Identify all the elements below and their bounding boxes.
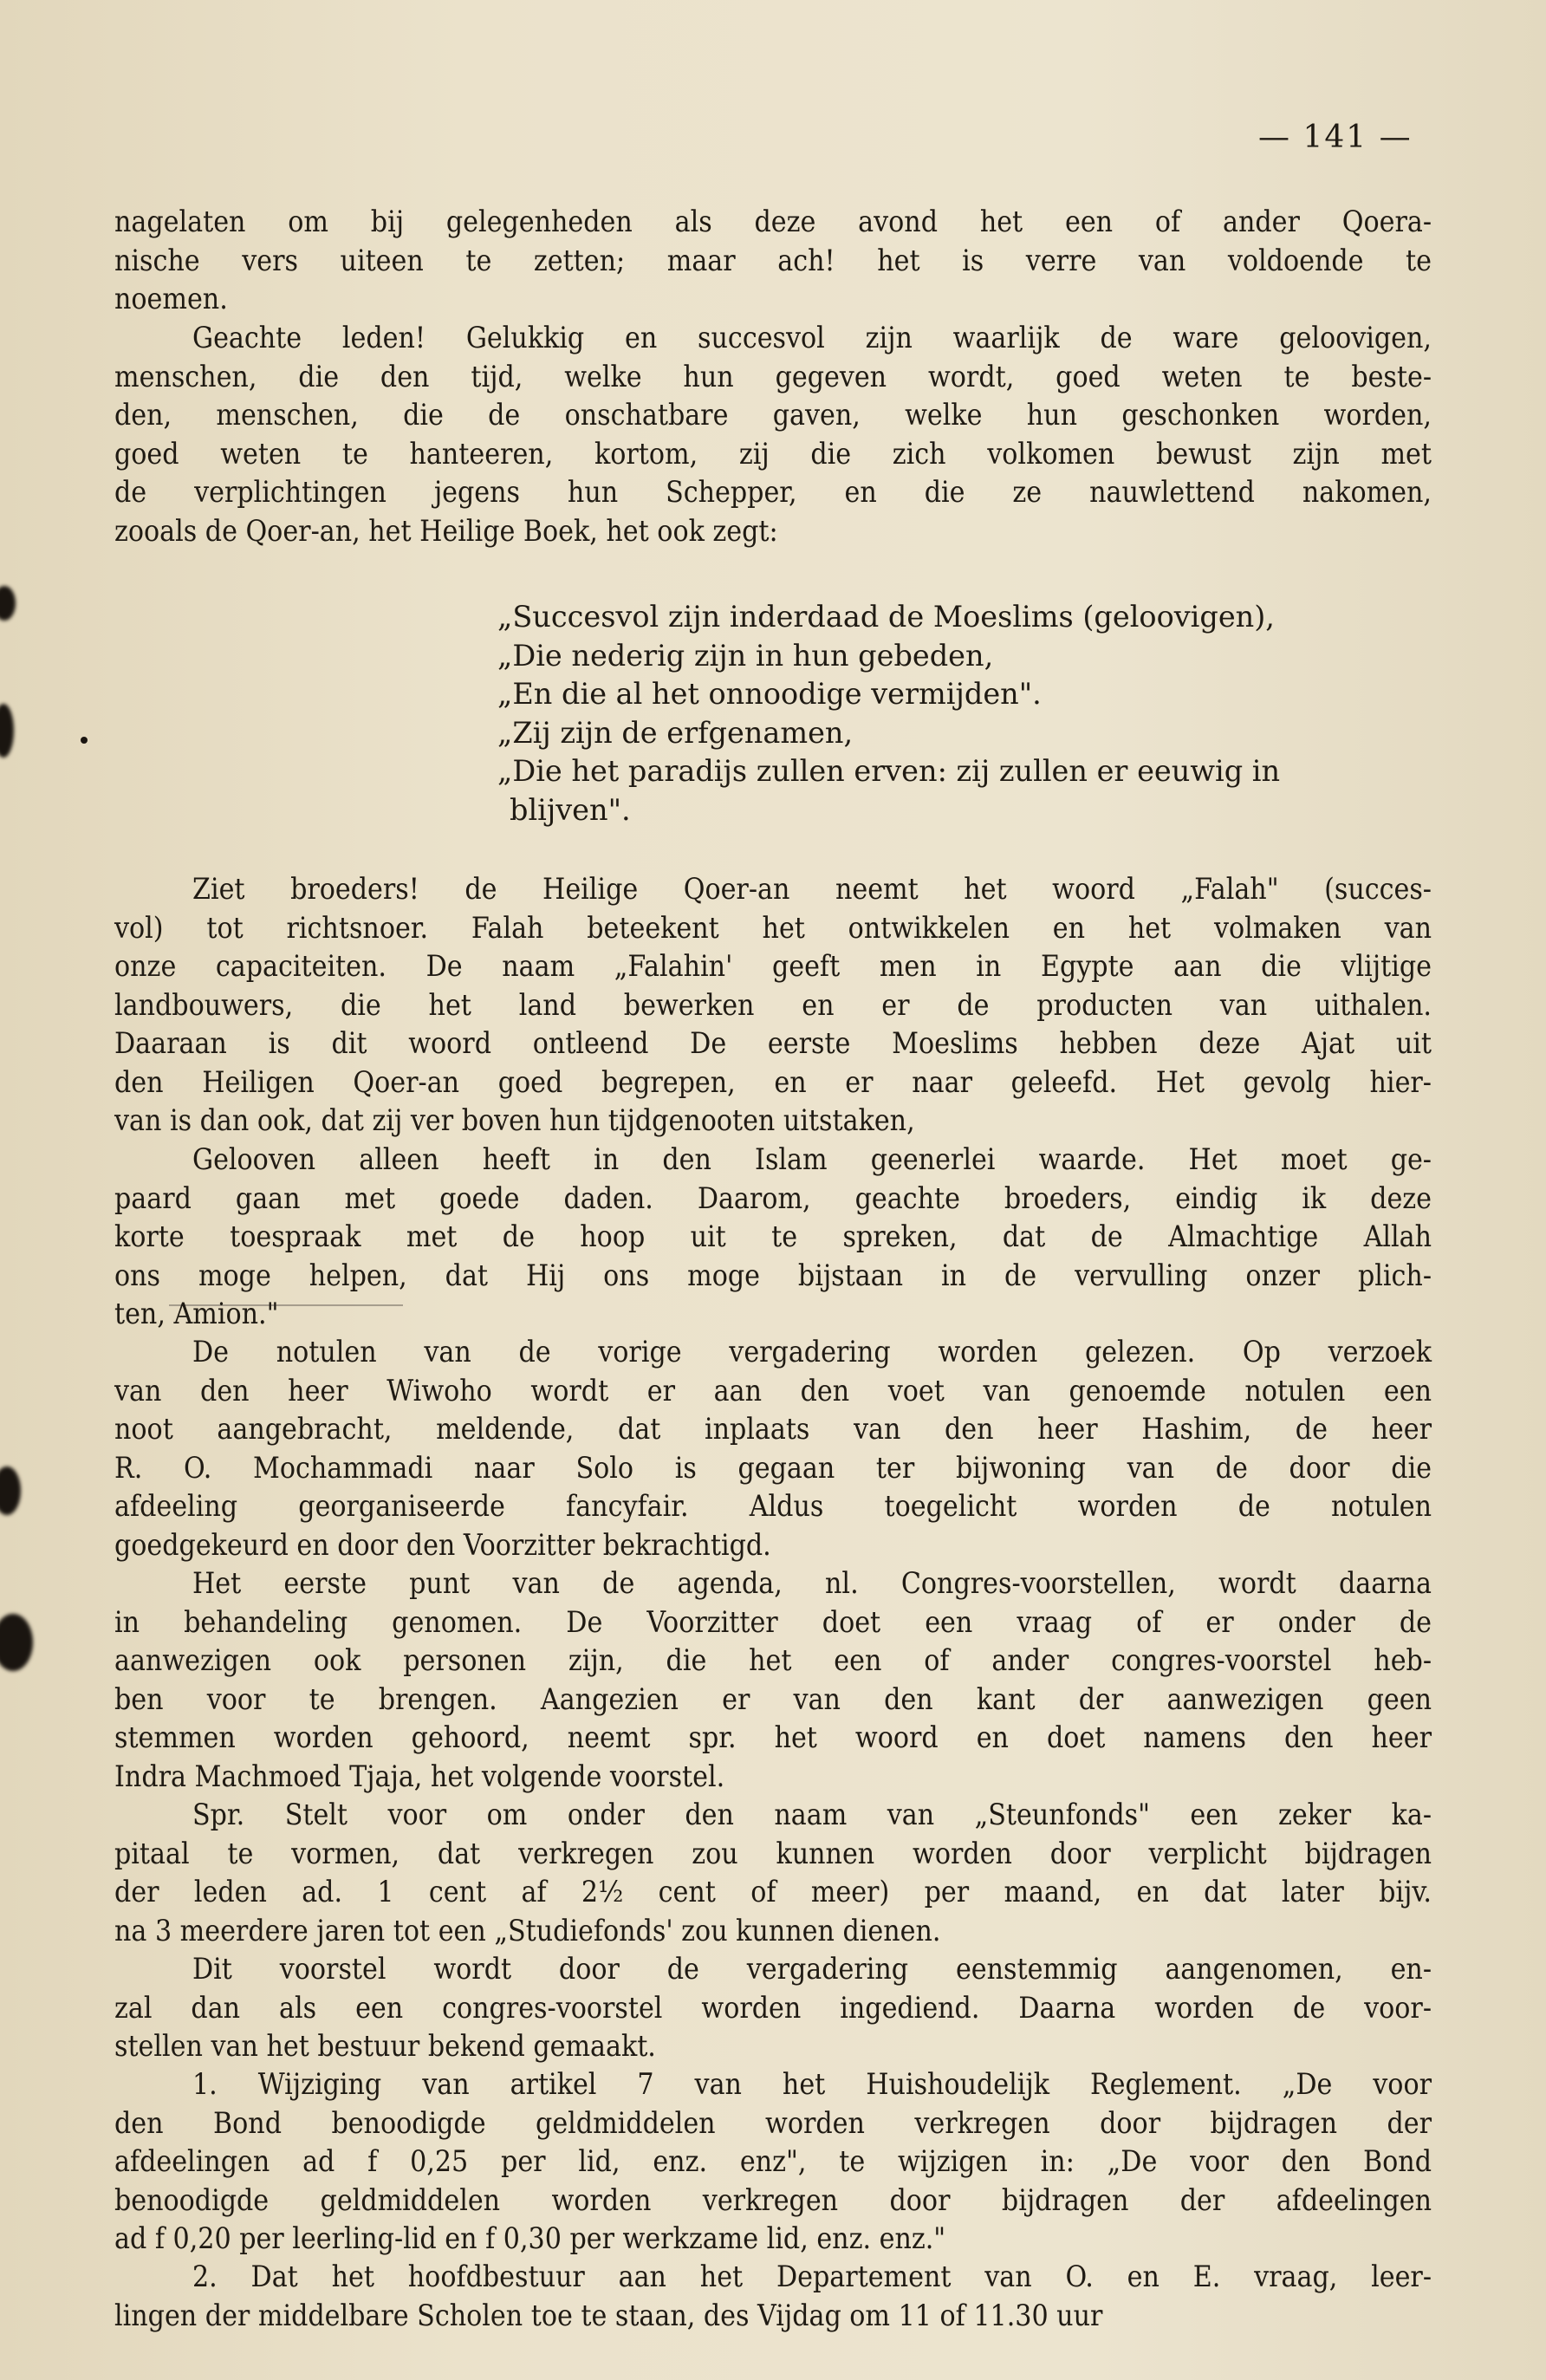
text-line: van is dan ook, dat zij ver boven hun ti…	[114, 1102, 1432, 1141]
text-line: 1. Wijziging van artikel 7 van het Huish…	[114, 2065, 1432, 2104]
paragraph: De notulen van de vorige vergadering wor…	[114, 1333, 1432, 1564]
text-line: den, menschen, die de onschatbare gaven,…	[114, 396, 1432, 435]
text-line: nische vers uiteen te zetten; maar ach! …	[114, 242, 1432, 281]
text-line: Gelooven alleen heeft in den Islam geene…	[114, 1141, 1432, 1180]
text-line: zooals de Qoer-an, het Heilige Boek, het…	[114, 512, 1432, 551]
text-line: ons moge helpen, dat Hij ons moge bijsta…	[114, 1257, 1432, 1296]
paragraph: Geachte leden! Gelukkig en succesvol zij…	[114, 319, 1432, 550]
text-line: Daaraan is dit woord ontleend De eerste …	[114, 1024, 1432, 1063]
text-line: menschen, die den tijd, welke hun gegeve…	[114, 358, 1432, 397]
verse-line: „Die het paradijs zullen erven: zij zull…	[497, 752, 1421, 791]
ink-dot	[81, 737, 88, 744]
text-line: aanwezigen ook personen zijn, die het ee…	[114, 1642, 1432, 1681]
margin-ink-blot	[0, 1614, 33, 1671]
text-line: Ziet broeders! de Heilige Qoer-an neemt …	[114, 870, 1432, 909]
verse-line: „Zij zijn de erfgenamen,	[497, 714, 1421, 753]
text-line: landbouwers, die het land bewerken en er…	[114, 986, 1432, 1025]
text-line: Geachte leden! Gelukkig en succesvol zij…	[114, 319, 1432, 358]
text-line: na 3 meerdere jaren tot een „Studiefonds…	[114, 1912, 1432, 1951]
verse-line: „Succesvol zijn inderdaad de Moeslims (g…	[497, 598, 1421, 637]
text-line: den Heiligen Qoer-an goed begrepen, en e…	[114, 1063, 1432, 1102]
verse-line: „Die nederig zijn in hun gebeden,	[497, 637, 1421, 676]
text-line: in behandeling genomen. De Voorzitter do…	[114, 1603, 1432, 1642]
text-line: 2. Dat het hoofdbestuur aan het Departem…	[114, 2258, 1432, 2297]
quran-verse-quote: „Succesvol zijn inderdaad de Moeslims (g…	[497, 598, 1421, 829]
paragraph: 2. Dat het hoofdbestuur aan het Departem…	[114, 2258, 1432, 2335]
text-line: ten, Amion."	[114, 1295, 1432, 1334]
text-line: lingen der middelbare Scholen toe te sta…	[114, 2297, 1432, 2336]
text-line: pitaal te vormen, dat verkregen zou kunn…	[114, 1835, 1432, 1874]
text-line: De notulen van de vorige vergadering wor…	[114, 1333, 1432, 1372]
text-line: afdeeling georganiseerde fancyfair. Aldu…	[114, 1487, 1432, 1526]
text-line: Het eerste punt van de agenda, nl. Congr…	[114, 1564, 1432, 1603]
text-line: goed weten te hanteeren, kortom, zij die…	[114, 435, 1432, 474]
text-line: de verplichtingen jegens hun Schepper, e…	[114, 473, 1432, 512]
margin-ink-blot	[0, 1466, 21, 1515]
paragraph: Het eerste punt van de agenda, nl. Congr…	[114, 1564, 1432, 1796]
paragraph: Spr. Stelt voor om onder den naam van „S…	[114, 1796, 1432, 1950]
paragraph: Dit voorstel wordt door de vergadering e…	[114, 1950, 1432, 2066]
text-line: Spr. Stelt voor om onder den naam van „S…	[114, 1796, 1432, 1835]
text-line: noot aangebracht, meldende, dat inplaats…	[114, 1410, 1432, 1449]
text-line: ad f 0,20 per leerling-lid en f 0,30 per…	[114, 2220, 1432, 2259]
text-line: goedgekeurd en door den Voorzitter bekra…	[114, 1526, 1432, 1565]
text-line: benoodigde geldmiddelen worden verkregen…	[114, 2182, 1432, 2221]
margin-ink-blot	[0, 704, 14, 758]
paragraph: Ziet broeders! de Heilige Qoer-an neemt …	[114, 870, 1432, 1141]
text-line: R. O. Mochammadi naar Solo is gegaan ter…	[114, 1449, 1432, 1488]
paragraph: 1. Wijziging van artikel 7 van het Huish…	[114, 2065, 1432, 2259]
page-number: — 141 —	[1258, 120, 1413, 155]
paragraph: Gelooven alleen heeft in den Islam geene…	[114, 1141, 1432, 1334]
text-line: stemmen worden gehoord, neemt spr. het w…	[114, 1719, 1432, 1758]
text-line: stellen van het bestuur bekend gemaakt.	[114, 2027, 1432, 2066]
text-line: den Bond benoodigde geldmiddelen worden …	[114, 2104, 1432, 2143]
text-line: korte toespraak met de hoop uit te sprek…	[114, 1218, 1432, 1257]
margin-ink-blot	[0, 586, 16, 621]
verse-line: „En die al het onnoodige vermijden".	[497, 675, 1421, 714]
text-line: noemen.	[114, 280, 1432, 319]
paragraph: nagelaten om bij gelegenheden als deze a…	[114, 203, 1432, 319]
verse-line: blijven".	[497, 791, 1421, 830]
text-line: van den heer Wiwoho wordt er aan den voe…	[114, 1372, 1432, 1411]
text-line: nagelaten om bij gelegenheden als deze a…	[114, 203, 1432, 242]
text-line: der leden ad. 1 cent af 2½ cent of meer)…	[114, 1873, 1432, 1912]
text-line: paard gaan met goede daden. Daarom, geac…	[114, 1180, 1432, 1219]
text-line: Indra Machmoed Tjaja, het volgende voors…	[114, 1758, 1432, 1797]
text-line: zal dan als een congres-voorstel worden …	[114, 1989, 1432, 2028]
text-line: Dit voorstel wordt door de vergadering e…	[114, 1950, 1432, 1989]
text-line: vol) tot richtsnoer. Falah beteekent het…	[114, 909, 1432, 948]
text-line: afdeelingen ad f 0,25 per lid, enz. enz"…	[114, 2143, 1432, 2182]
text-line: onze capaciteiten. De naam „Falahin' gee…	[114, 947, 1432, 986]
text-line: ben voor te brengen. Aangezien er van de…	[114, 1681, 1432, 1720]
